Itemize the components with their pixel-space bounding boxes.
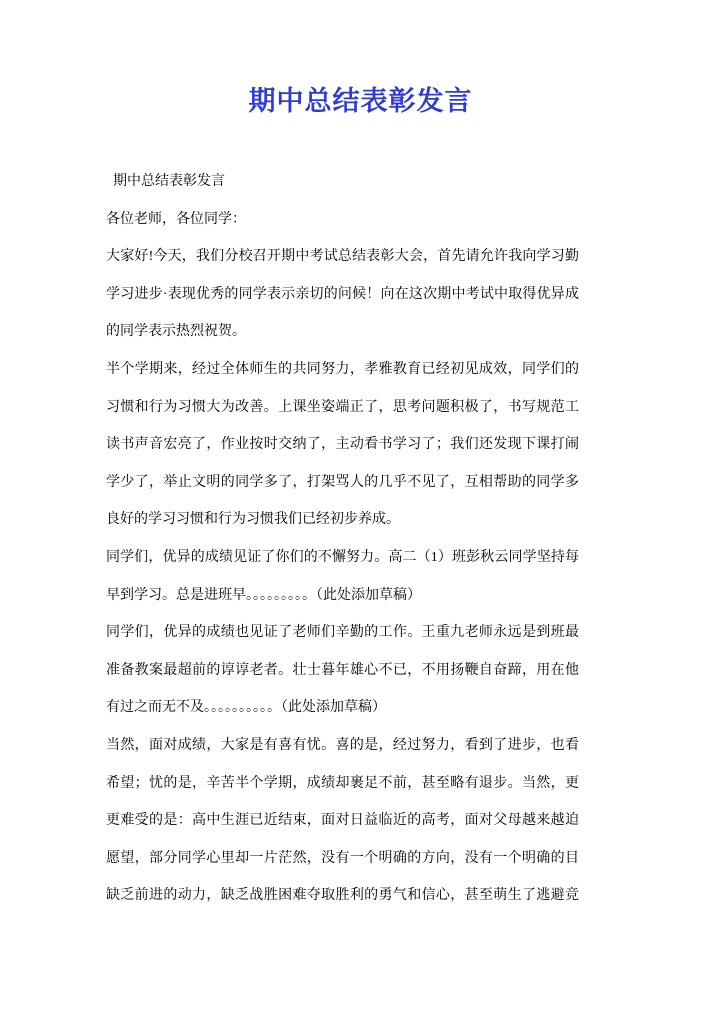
- text-line: 希望；忧的是，辛苦半个学期，成绩却裹足不前，甚至略有退步。当然，更心烦: [106, 765, 579, 803]
- greeting-line: 各位老师，各位同学：: [106, 201, 579, 239]
- document-title: 期中总结表彰发言: [0, 84, 721, 119]
- text-line: 学习进步·表现优秀的同学表示亲切的问候！向在这次期中考试中取得优异成绩: [106, 276, 579, 314]
- text-line: 大家好!今天，我们分校召开期中考试总结表彰大会，首先请允许我向学习勤奋、: [106, 238, 579, 276]
- text-line: 半个学期来，经过全体师生的共同努力，孝雅教育已经初见成效，同学们的学习: [106, 351, 579, 389]
- text-line: 有过之而无不及。。。。。。。。。。（此处添加草稿）: [106, 689, 579, 727]
- text-line: 习惯和行为习惯大为改善。上课坐姿端正了，思考问题积极了，书写规范工整了，: [106, 389, 579, 427]
- text-line: 学少了，举止文明的同学多了，打架骂人的几乎不见了，互相帮助的同学多了，: [106, 464, 579, 502]
- subtitle-line: 期中总结表彰发言: [106, 163, 579, 201]
- text-line: 准备教案最超前的谆谆老者。壮士暮年雄心不已，不用扬鞭自奋蹄，用在他身上: [106, 652, 579, 690]
- text-line: 读书声音宏亮了，作业按时交纳了，主动看书学习了；我们还发现下课打闹的同: [106, 426, 579, 464]
- text-line: 当然，面对成绩，大家是有喜有忧。喜的是，经过努力，看到了进步，也看到了: [106, 727, 579, 765]
- text-line: 早到学习。总是进班早。。。。。。。。。（此处添加草稿）: [106, 577, 579, 615]
- document-page: 期中总结表彰发言 期中总结表彰发言 各位老师，各位同学： 大家好!今天，我们分校…: [0, 0, 721, 1020]
- text-line: 同学们，优异的成绩见证了你们的不懈努力。高二（1）班彭秋云同学坚持每天: [106, 539, 579, 577]
- text-line: 良好的学习习惯和行为习惯我们已经初步养成。: [106, 501, 579, 539]
- text-line: 更难受的是：高中生涯已近结束，面对日益临近的高考，面对父母越来越迫切的: [106, 802, 579, 840]
- text-line: 的同学表示热烈祝贺。: [106, 313, 579, 351]
- document-body: 期中总结表彰发言 各位老师，各位同学： 大家好!今天，我们分校召开期中考试总结表…: [106, 163, 579, 915]
- text-line: 缺乏前进的动力，缺乏战胜困难夺取胜利的勇气和信心，甚至萌生了逃避竞争的: [106, 877, 579, 915]
- text-line: 愿望，部分同学心里却一片茫然，没有一个明确的方向，没有一个明确的目标，: [106, 840, 579, 878]
- text-line: 同学们，优异的成绩也见证了老师们辛勤的工作。王重九老师永远是到班最早，: [106, 614, 579, 652]
